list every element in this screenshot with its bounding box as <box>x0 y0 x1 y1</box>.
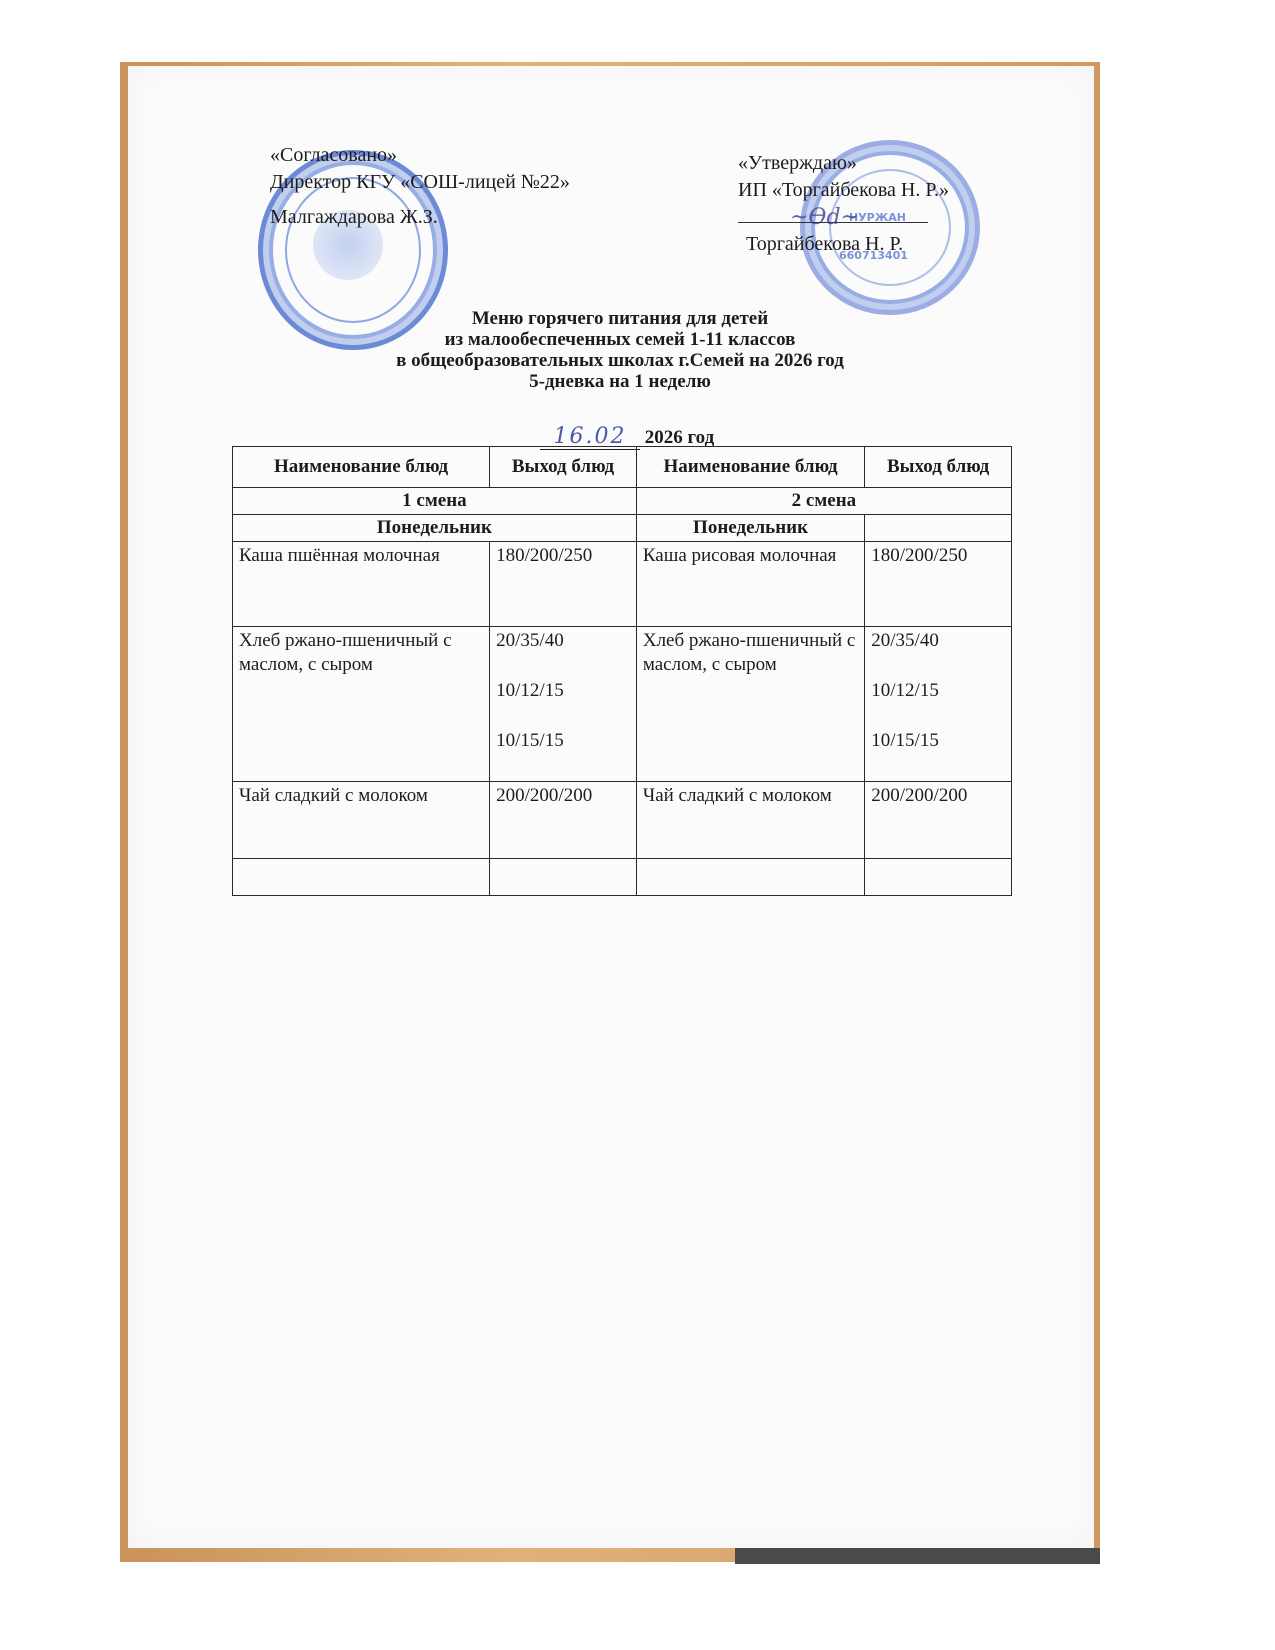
dish-yield: 200/200/200 <box>865 782 1012 859</box>
day-label: Понедельник <box>636 515 864 542</box>
column-header: Наименование блюд <box>233 447 490 488</box>
yield-value: 20/35/40 <box>871 629 1005 653</box>
approval-signer: Малгаждарова Ж.З. <box>270 204 570 231</box>
dish-yield: 180/200/250 <box>865 542 1012 627</box>
table-row: Хлеб ржано-пшеничный с маслом, с сыром 2… <box>233 627 1012 782</box>
dish-yield: 20/35/40 10/12/15 10/15/15 <box>490 627 637 782</box>
day-label: Понедельник <box>233 515 637 542</box>
approval-block-right: «Утверждаю» ИП «Торгайбекова Н. Р.» Торг… <box>738 150 949 258</box>
table-row: Чай сладкий с молоком 200/200/200 Чай сл… <box>233 782 1012 859</box>
dish-name <box>636 859 864 896</box>
yield-value: 10/12/15 <box>496 679 630 703</box>
yield-value: 10/15/15 <box>871 729 1005 753</box>
column-header: Наименование блюд <box>636 447 864 488</box>
dish-yield: 20/35/40 10/12/15 10/15/15 <box>865 627 1012 782</box>
dish-yield: 200/200/200 <box>490 782 637 859</box>
shift-label: 2 смена <box>636 488 1011 515</box>
dish-name: Хлеб ржано-пшеничный с маслом, с сыром <box>233 627 490 782</box>
shift-label: 1 смена <box>233 488 637 515</box>
dish-name <box>233 859 490 896</box>
title-line: в общеобразовательных школах г.Семей на … <box>230 350 1010 371</box>
approval-heading: «Согласовано» <box>270 142 570 169</box>
table-row: Каша пшённая молочная 180/200/250 Каша р… <box>233 542 1012 627</box>
table-header-row: Наименование блюд Выход блюд Наименовани… <box>233 447 1012 488</box>
approval-heading: «Утверждаю» <box>738 150 949 177</box>
approval-block-left: «Согласовано» Директор КГУ «СОШ-лицей №2… <box>270 142 570 231</box>
empty-cell <box>865 515 1012 542</box>
dish-name: Чай сладкий с молоком <box>636 782 864 859</box>
column-header: Выход блюд <box>490 447 637 488</box>
dish-yield <box>490 859 637 896</box>
document-title: Меню горячего питания для детей из малоо… <box>230 308 1010 392</box>
shift-row: 1 смена 2 смена <box>233 488 1012 515</box>
table-row-empty <box>233 859 1012 896</box>
title-line: Меню горячего питания для детей <box>230 308 1010 329</box>
dish-name: Каша пшённая молочная <box>233 542 490 627</box>
dish-name: Хлеб ржано-пшеничный с маслом, с сыром <box>636 627 864 782</box>
yield-value: 200/200/200 <box>496 784 630 808</box>
day-row: Понедельник Понедельник <box>233 515 1012 542</box>
menu-table: Наименование блюд Выход блюд Наименовани… <box>232 446 1012 896</box>
title-line: из малообеспеченных семей 1-11 классов <box>230 329 1010 350</box>
title-line: 5-дневка на 1 неделю <box>230 371 1010 392</box>
yield-value: 20/35/40 <box>496 629 630 653</box>
dish-yield <box>865 859 1012 896</box>
yield-value: 10/12/15 <box>871 679 1005 703</box>
scan-edge <box>735 1548 1100 1564</box>
dish-name: Чай сладкий с молоком <box>233 782 490 859</box>
yield-value: 200/200/200 <box>871 784 1005 808</box>
date-year: 2026 год <box>645 427 714 448</box>
dish-name: Каша рисовая молочная <box>636 542 864 627</box>
dish-yield: 180/200/250 <box>490 542 637 627</box>
yield-value: 10/15/15 <box>496 729 630 753</box>
approval-position: Директор КГУ «СОШ-лицей №22» <box>270 169 570 196</box>
yield-value: 180/200/250 <box>871 544 1005 568</box>
yield-value: 180/200/250 <box>496 544 630 568</box>
approval-position: ИП «Торгайбекова Н. Р.» <box>738 177 949 204</box>
approval-signer: Торгайбекова Н. Р. <box>738 231 949 258</box>
signature-icon: ~Ѳd~ <box>790 205 859 230</box>
column-header: Выход блюд <box>865 447 1012 488</box>
